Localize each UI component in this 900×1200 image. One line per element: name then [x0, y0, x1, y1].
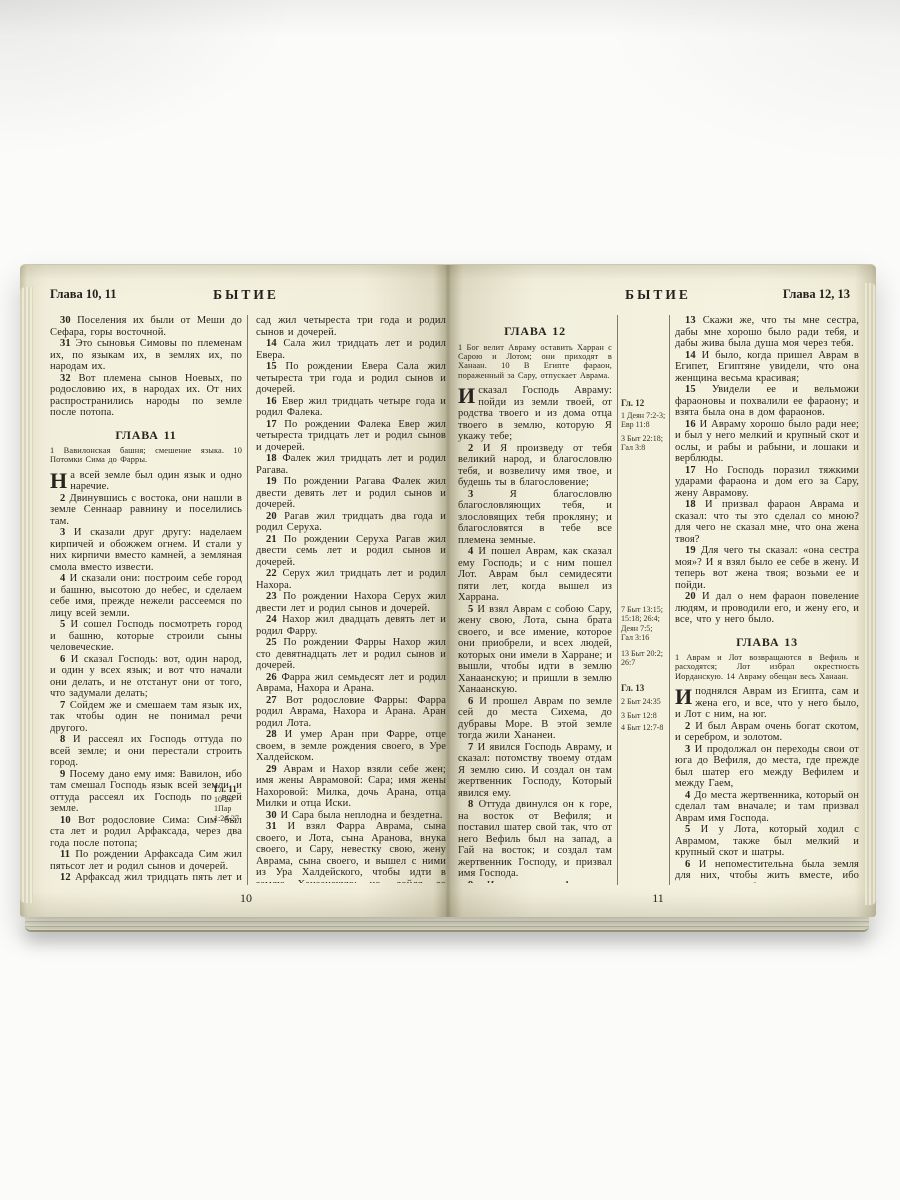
verse-paragraph: 21 По рождении Серуха Рагав жил двести с…: [256, 534, 446, 569]
verse-number: 23: [266, 591, 277, 602]
verse-number: 29: [266, 764, 277, 775]
verse-paragraph: 30 Поселения их были от Меши до Сефара, …: [50, 315, 242, 338]
verse-paragraph: 27 Вот родословие Фарры: Фарра родил Авр…: [256, 695, 446, 730]
page-edges-left: [20, 287, 33, 903]
verse-paragraph: 19 По рождении Рагава Фалек жил двести д…: [256, 476, 446, 511]
right-page-column-1: ГЛАВА 121 Бог велит Авраму оставить Харр…: [458, 315, 612, 883]
verse-number: 28: [266, 729, 277, 740]
margin-ref: 13 Быт 20:2; 26:7: [621, 649, 666, 668]
verse-number: 18: [266, 453, 277, 464]
verse-number: 10: [60, 815, 71, 826]
chapter-heading: ГЛАВА 11: [50, 430, 242, 442]
verse-paragraph: 31 И взял Фарра Аврама, сына своего, и Л…: [256, 821, 446, 883]
margin-chapter-label: Гл. 13: [621, 684, 666, 694]
verse-paragraph: 32 Вот племена сынов Ноевых, по родослов…: [50, 373, 242, 419]
verse-paragraph: Иподнялся Аврам из Египта, сам и жена ег…: [675, 686, 859, 721]
verse-number: 20: [685, 591, 696, 602]
verse-number: 3: [685, 744, 690, 755]
verse-paragraph: 19 Для чего ты сказал: «она сестра моя»?…: [675, 545, 859, 591]
verse-paragraph: 17 По рождении Фалека Евер жил четыреста…: [256, 419, 446, 454]
verse-number: 20: [266, 511, 277, 522]
verse-paragraph: 3 Я благословлю благословляющих тебя, и …: [458, 489, 612, 547]
verse-paragraph: 14 И было, когда пришел Аврам в Египет, …: [675, 350, 859, 385]
verse-paragraph: 7 Сойдем же и смешаем там язык их, так ч…: [50, 700, 242, 735]
verse-paragraph: сад жил четыреста три года и родил сынов…: [256, 315, 446, 338]
verse-number: 30: [60, 315, 71, 326]
verse-paragraph: На всей земле был один язык и одно нареч…: [50, 470, 242, 493]
verse-paragraph: 3 И сказали друг другу: наделаем кирпиче…: [50, 527, 242, 573]
verse-number: 9: [468, 880, 473, 883]
verse-number: 12: [60, 872, 71, 883]
verse-number: 19: [266, 476, 277, 487]
cross-reference-column: Гл. 121 Деян 7:2-3; Евр 11:83 Быт 22:18;…: [621, 315, 666, 883]
verse-number: 2: [60, 493, 65, 504]
verse-paragraph: 25 По рождении Фарры Нахор жил сто девят…: [256, 637, 446, 672]
verse-number: 8: [468, 799, 473, 810]
verse-paragraph: 15 Увидели ее и вельможи фараоновы и пох…: [675, 384, 859, 419]
cross-reference-note: Гл. 11 10-26 1Пар 1:24-27: [214, 785, 248, 823]
verse-paragraph: 6 И сказал Господь: вот, один народ, и о…: [50, 654, 242, 700]
verse-paragraph: 28 И умер Аран при Фарре, отце своем, в …: [256, 729, 446, 764]
verse-paragraph: 6 И непоместительна была земля для них, …: [675, 859, 859, 883]
verse-paragraph: 5 И взял Аврам с собою Сару, жену свою, …: [458, 604, 612, 696]
running-head-chapters-right: Глава 12, 13: [783, 287, 850, 302]
verse-paragraph: 4 И пошел Аврам, как сказал ему Господь;…: [458, 546, 612, 604]
running-head-title-left: БЫТИЕ: [50, 287, 442, 303]
verse-number: 8: [60, 734, 65, 745]
verse-number: 4: [60, 573, 65, 584]
verse-number: 9: [60, 769, 65, 780]
verse-number: 21: [266, 534, 277, 545]
verse-paragraph: 3 И продолжал он переходы свои от юга до…: [675, 744, 859, 790]
verse-paragraph: 24 Нахор жил двадцать девять лет и родил…: [256, 614, 446, 637]
verse-number: 19: [685, 545, 696, 556]
verse-paragraph: 7 И явился Господь Авраму, и сказал: пот…: [458, 742, 612, 800]
chapter-heading: ГЛАВА 12: [458, 326, 612, 338]
verse-paragraph: 16 Евер жил тридцать четыре года и родил…: [256, 396, 446, 419]
column-divider: [617, 315, 618, 885]
margin-ref: 2 Быт 24:35: [621, 697, 666, 707]
verse-paragraph: 4 И сказали они: построим себе город и б…: [50, 573, 242, 619]
page-edges-right: [865, 283, 876, 905]
verse-number: 15: [685, 384, 696, 395]
verse-paragraph: 20 И дал о нем фараон повеление людям, и…: [675, 591, 859, 626]
verse-paragraph: 18 Фалек жил тридцать лет и родил Рагава…: [256, 453, 446, 476]
verse-paragraph: 5 И сошел Господь посмотреть город и баш…: [50, 619, 242, 654]
verse-number: 17: [266, 419, 277, 430]
page-number-left: 10: [50, 891, 442, 906]
verse-number: 16: [266, 396, 277, 407]
margin-chapter-label: Гл. 12: [621, 399, 666, 409]
verse-number: 11: [60, 849, 70, 860]
drop-cap: И: [458, 385, 478, 405]
verse-number: 18: [685, 499, 696, 510]
verse-number: 14: [685, 350, 696, 361]
verse-number: 4: [468, 546, 473, 557]
verse-number: 16: [685, 419, 696, 430]
verse-number: 32: [60, 373, 71, 384]
verse-paragraph: 6 И прошел Аврам по земле сей до места С…: [458, 696, 612, 742]
verse-number: 30: [266, 810, 277, 821]
verse-paragraph: 29 Аврам и Нахор взяли себе жен; имя жен…: [256, 764, 446, 810]
verse-number: 22: [266, 568, 277, 579]
verse-number: 2: [468, 443, 473, 454]
chapter-summary: 1 Бог велит Авраму оставить Харран с Сар…: [458, 343, 612, 381]
margin-ref: 4 Быт 12:7-8: [621, 723, 666, 733]
verse-paragraph: Исказал Господь Авраму: пойди из земли т…: [458, 385, 612, 443]
chapter-summary: 1 Вавилонская башня; смешение языка. 10 …: [50, 446, 242, 465]
verse-paragraph: 31 Это сыновья Симовы по племенам их, по…: [50, 338, 242, 373]
column-divider: [669, 315, 670, 885]
verse-number: 3: [60, 527, 65, 538]
verse-paragraph: 9 И поднялся Аврам и продолжал идти к юг…: [458, 880, 612, 883]
verse-paragraph: 17 Но Господь поразил тяжкими ударами фа…: [675, 465, 859, 500]
chapter-heading: ГЛАВА 13: [675, 637, 859, 649]
verse-paragraph: 23 По рождении Нахора Серух жил двести л…: [256, 591, 446, 614]
drop-cap: Н: [50, 470, 70, 490]
verse-number: 25: [266, 637, 277, 648]
left-page-column-2: сад жил четыреста три года и родил сынов…: [256, 315, 446, 883]
verse-number: 7: [468, 742, 473, 753]
verse-number: 13: [685, 315, 696, 326]
right-page-column-2: 13 Скажи же, что ты мне сестра, дабы мне…: [675, 315, 859, 883]
verse-paragraph: 14 Сала жил тридцать лет и родил Евера.: [256, 338, 446, 361]
verse-paragraph: 20 Рагав жил тридцать два года и родил С…: [256, 511, 446, 534]
verse-paragraph: 2 И Я произведу от тебя великий народ, и…: [458, 443, 612, 489]
verse-paragraph: 4 До места жертвенника, который он сдела…: [675, 790, 859, 825]
verse-number: 31: [266, 821, 277, 832]
verse-number: 31: [60, 338, 71, 349]
verse-paragraph: 13 Скажи же, что ты мне сестра, дабы мне…: [675, 315, 859, 350]
verse-paragraph: 2 И был Аврам очень богат скотом, и сере…: [675, 721, 859, 744]
verse-number: 2: [685, 721, 690, 732]
verse-paragraph: 30 И Сара была неплодна и бездетна.: [256, 810, 446, 822]
margin-verse-range: 10-26: [214, 795, 248, 805]
verse-number: 3: [468, 489, 473, 500]
verse-paragraph: 11 По рождении Арфаксада Сим жил пятьсот…: [50, 849, 242, 872]
verse-paragraph: 22 Серух жил тридцать лет и родил Нахора…: [256, 568, 446, 591]
margin-ref: 1Пар 1:24-27: [214, 804, 248, 823]
verse-number: 6: [685, 859, 690, 870]
verse-number: 15: [266, 361, 277, 372]
verse-paragraph: 18 И призвал фараон Аврама и сказал: что…: [675, 499, 859, 545]
verse-number: 6: [60, 654, 65, 665]
verse-number: 5: [60, 619, 65, 630]
verse-paragraph: 8 И рассеял их Господь оттуда по всей зе…: [50, 734, 242, 769]
verse-paragraph: 26 Фарра жил семьдесят лет и родил Аврам…: [256, 672, 446, 695]
verse-paragraph: 15 По рождении Евера Сала жил четыреста …: [256, 361, 446, 396]
verse-number: 17: [685, 465, 696, 476]
drop-cap: И: [675, 686, 695, 706]
verse-paragraph: 5 И у Лота, который ходил с Аврамом, так…: [675, 824, 859, 859]
margin-chapter-label: Гл. 11: [214, 785, 248, 795]
open-bible-book: Глава 10, 11 БЫТИЕ 30 Поселения их были …: [20, 262, 878, 934]
chapter-summary: 1 Аврам и Лот возвращаются в Вефиль и ра…: [675, 653, 859, 681]
margin-ref: 1 Деян 7:2-3; Евр 11:8: [621, 411, 666, 430]
verse-number: 5: [685, 824, 690, 835]
verse-number: 6: [468, 696, 473, 707]
verse-paragraph: 2 Двинувшись с востока, они нашли в земл…: [50, 493, 242, 528]
verse-paragraph: 16 И Авраму хорошо было ради нее; и был …: [675, 419, 859, 465]
margin-ref: 3 Быт 12:8: [621, 711, 666, 721]
verse-number: 4: [685, 790, 690, 801]
page-number-right: 11: [458, 891, 858, 906]
verse-number: 27: [266, 695, 277, 706]
verse-number: 14: [266, 338, 277, 349]
page-spread: Глава 10, 11 БЫТИЕ 30 Поселения их были …: [20, 264, 876, 917]
verse-number: 24: [266, 614, 277, 625]
margin-ref: 7 Быт 13:15; 15:18; 26:4; Деян 7:5; Гал …: [621, 605, 666, 643]
verse-paragraph: 8 Оттуда двинулся он к горе, на восток о…: [458, 799, 612, 880]
verse-number: 26: [266, 672, 277, 683]
verse-number: 5: [468, 604, 473, 615]
verse-paragraph: 12 Арфаксад жил тридцать пять лет и роди…: [50, 872, 242, 883]
verse-number: 7: [60, 700, 65, 711]
margin-ref: 3 Быт 22:18; Гал 3:8: [621, 434, 666, 453]
